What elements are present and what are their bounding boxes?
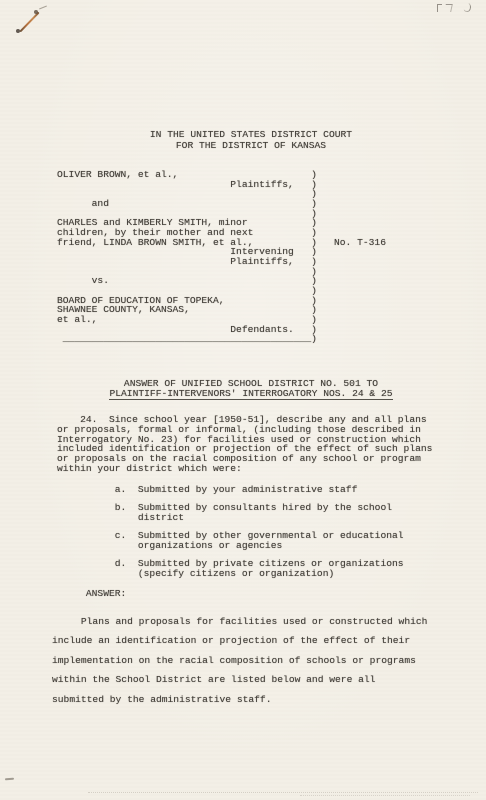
handwritten-mark xyxy=(437,4,442,12)
court-header: IN THE UNITED STATES DISTRICT COURT FOR … xyxy=(57,129,445,151)
staple-scratch-icon xyxy=(39,6,47,10)
handwritten-mark xyxy=(444,4,453,12)
scan-noise xyxy=(88,792,478,793)
list-item-d: d. Submitted by private citizens or orga… xyxy=(57,559,404,579)
scan-noise xyxy=(300,795,470,796)
title-line-2-wrap: PLAINTIFF-INTERVENORS' INTERROGATORY NOS… xyxy=(57,389,445,399)
case-number: No. T-316 xyxy=(334,237,386,248)
title-line-2: PLAINTIFF-INTERVENORS' INTERROGATORY NOS… xyxy=(109,388,392,401)
court-name-line: IN THE UNITED STATES DISTRICT COURT xyxy=(57,129,445,140)
list-item-c: c. Submitted by other governmental or ed… xyxy=(57,531,404,551)
staple-hole-icon xyxy=(16,29,20,33)
document-title: ANSWER OF UNIFIED SCHOOL DISTRICT NO. 50… xyxy=(57,379,445,399)
court-district-line: FOR THE DISTRICT OF KANSAS xyxy=(57,140,445,151)
case-caption: OLIVER BROWN, et al., ) Plaintiffs, ) ) … xyxy=(57,170,317,344)
list-item-b: b. Submitted by consultants hired by the… xyxy=(57,503,392,523)
scanned-document-page: IN THE UNITED STATES DISTRICT COURT FOR … xyxy=(0,0,486,800)
interrogatory-paragraph: 24. Since school year [1950-51], describ… xyxy=(57,415,432,474)
answer-label: ANSWER: xyxy=(57,588,126,599)
handwritten-mark xyxy=(463,3,471,13)
scan-artifact-dash xyxy=(5,778,14,781)
staple-hole-icon xyxy=(34,10,38,14)
staple-mark-icon xyxy=(19,12,39,33)
list-item-a: a. Submitted by your administrative staf… xyxy=(57,485,357,495)
answer-paragraph: Plans and proposals for facilities used … xyxy=(52,612,427,709)
